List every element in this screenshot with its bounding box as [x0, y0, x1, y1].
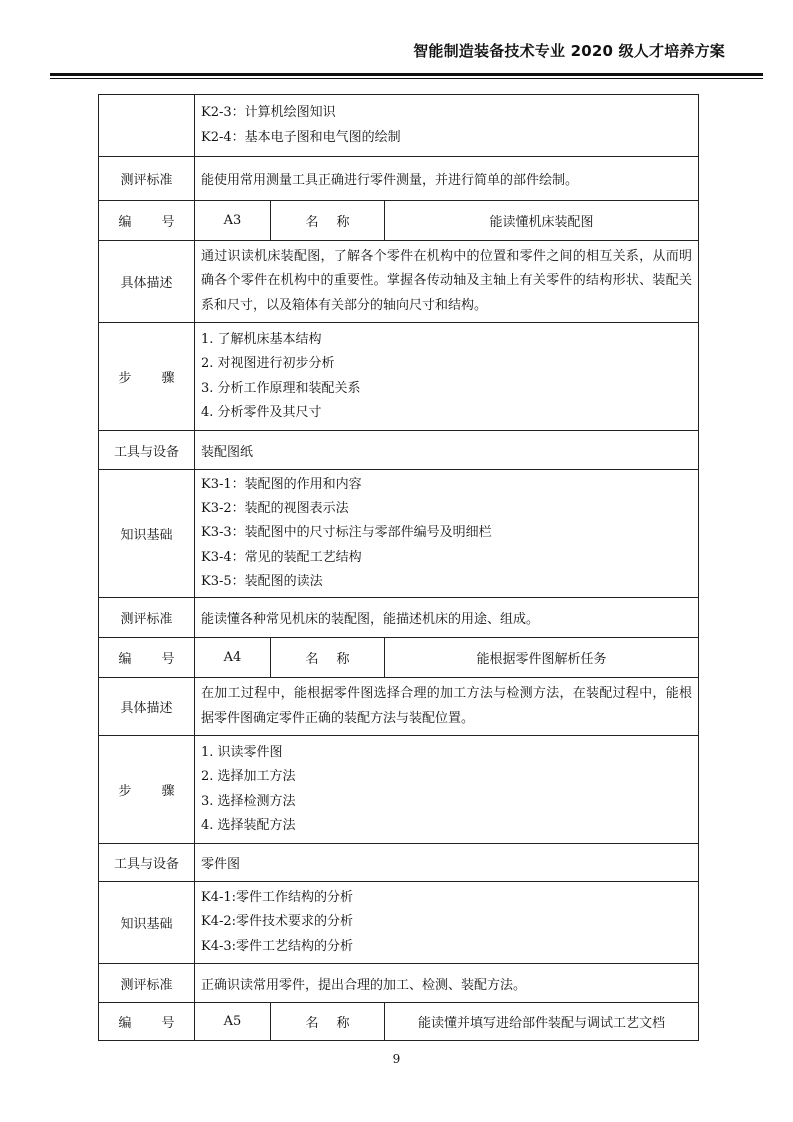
list-item: K4-2:零件技术要求的分析	[201, 910, 692, 934]
tools-text: 装配图纸	[195, 431, 699, 470]
list-item: K3-3：装配图中的尺寸标注与零部件编号及明细栏	[201, 521, 692, 545]
row-label	[99, 95, 195, 157]
table-row-description: 具体描述 在加工过程中，能根据零件图选择合理的加工方法与检测方法，在装配过程中，…	[99, 678, 699, 736]
task-name: 能读懂机床装配图	[385, 201, 699, 241]
steps-list: 1. 了解机床基本结构 2. 对视图进行初步分析 3. 分析工作原理和装配关系 …	[195, 323, 699, 431]
list-item: 1. 了解机床基本结构	[201, 328, 692, 352]
header-rule-thick	[50, 73, 763, 76]
table-row-evaluation: 测评标准 正确识读常用零件，提出合理的加工、检测、装配方法。	[99, 964, 699, 1003]
table-row-tools: 工具与设备 装配图纸	[99, 431, 699, 470]
row-label: 编 号	[99, 1003, 195, 1041]
table-row-knowledge: 知识基础 K4-1:零件工作结构的分析 K4-2:零件技术要求的分析 K4-3:…	[99, 882, 699, 964]
list-item: K4-1:零件工作结构的分析	[201, 886, 692, 910]
task-code: A3	[195, 201, 271, 241]
list-item: K3-4：常见的装配工艺结构	[201, 546, 692, 570]
list-item: K3-2：装配的视图表示法	[201, 497, 692, 521]
task-code: A5	[195, 1003, 271, 1041]
header-rule-thin	[50, 78, 763, 79]
knowledge-list: K4-1:零件工作结构的分析 K4-2:零件技术要求的分析 K4-3:零件工艺结…	[195, 882, 699, 964]
table-row-description: 具体描述 通过识读机床装配图，了解各个零件在机构中的位置和零件之间的相互关系，从…	[99, 241, 699, 323]
row-label: 知识基础	[99, 470, 195, 598]
description-text: 在加工过程中，能根据零件图选择合理的加工方法与检测方法，在装配过程中，能根据零件…	[195, 678, 699, 736]
document-header-title: 智能制造装备技术专业 2020 级人才培养方案	[413, 40, 725, 61]
task-table: K2-3：计算机绘图知识 K2-4：基本电子图和电气图的绘制 测评标准 能使用常…	[98, 94, 699, 1041]
knowledge-list: K2-3：计算机绘图知识 K2-4：基本电子图和电气图的绘制	[195, 95, 699, 157]
list-item: K4-3:零件工艺结构的分析	[201, 935, 692, 959]
row-label: 测评标准	[99, 598, 195, 638]
row-label: 测评标准	[99, 964, 195, 1003]
task-name: 能读懂并填写进给部件装配与调试工艺文档	[385, 1003, 699, 1041]
tools-text: 零件图	[195, 844, 699, 882]
row-label: 工具与设备	[99, 431, 195, 470]
name-label: 名 称	[271, 638, 385, 678]
steps-list: 1. 识读零件图 2. 选择加工方法 3. 选择检测方法 4. 选择装配方法	[195, 736, 699, 844]
table-row-tools: 工具与设备 零件图	[99, 844, 699, 882]
row-label: 测评标准	[99, 157, 195, 201]
list-item: K2-4：基本电子图和电气图的绘制	[201, 126, 692, 150]
list-item: K3-5：装配图的读法	[201, 570, 692, 594]
row-label: 知识基础	[99, 882, 195, 964]
list-item: 2. 对视图进行初步分析	[201, 352, 692, 376]
page-number: 9	[0, 1052, 793, 1066]
evaluation-text: 能使用常用测量工具正确进行零件测量，并进行简单的部件绘制。	[195, 157, 699, 201]
table-row-evaluation: 测评标准 能使用常用测量工具正确进行零件测量，并进行简单的部件绘制。	[99, 157, 699, 201]
row-label: 编 号	[99, 201, 195, 241]
table-row-knowledge: 知识基础 K3-1：装配图的作用和内容 K3-2：装配的视图表示法 K3-3：装…	[99, 470, 699, 598]
row-label: 具体描述	[99, 678, 195, 736]
list-item: 2. 选择加工方法	[201, 765, 692, 789]
row-label: 工具与设备	[99, 844, 195, 882]
row-label: 步 骤	[99, 736, 195, 844]
list-item: 3. 分析工作原理和装配关系	[201, 377, 692, 401]
evaluation-text: 正确识读常用零件，提出合理的加工、检测、装配方法。	[195, 964, 699, 1003]
table-row-task-header: 编 号 A3 名 称 能读懂机床装配图	[99, 201, 699, 241]
knowledge-list: K3-1：装配图的作用和内容 K3-2：装配的视图表示法 K3-3：装配图中的尺…	[195, 470, 699, 598]
row-label: 编 号	[99, 638, 195, 678]
table-row-steps: 步 骤 1. 识读零件图 2. 选择加工方法 3. 选择检测方法 4. 选择装配…	[99, 736, 699, 844]
description-text: 通过识读机床装配图，了解各个零件在机构中的位置和零件之间的相互关系，从而明确各个…	[195, 241, 699, 323]
list-item: K3-1：装配图的作用和内容	[201, 473, 692, 497]
table-row-knowledge-continued: K2-3：计算机绘图知识 K2-4：基本电子图和电气图的绘制	[99, 95, 699, 157]
list-item: K2-3：计算机绘图知识	[201, 101, 692, 125]
evaluation-text: 能读懂各种常见机床的装配图，能描述机床的用途、组成。	[195, 598, 699, 638]
table-row-steps: 步 骤 1. 了解机床基本结构 2. 对视图进行初步分析 3. 分析工作原理和装…	[99, 323, 699, 431]
list-item: 4. 选择装配方法	[201, 814, 692, 838]
name-label: 名 称	[271, 201, 385, 241]
row-label: 步 骤	[99, 323, 195, 431]
task-code: A4	[195, 638, 271, 678]
list-item: 1. 识读零件图	[201, 741, 692, 765]
table-row-task-header: 编 号 A5 名 称 能读懂并填写进给部件装配与调试工艺文档	[99, 1003, 699, 1041]
row-label: 具体描述	[99, 241, 195, 323]
list-item: 3. 选择检测方法	[201, 790, 692, 814]
name-label: 名 称	[271, 1003, 385, 1041]
list-item: 4. 分析零件及其尺寸	[201, 401, 692, 425]
table-row-evaluation: 测评标准 能读懂各种常见机床的装配图，能描述机床的用途、组成。	[99, 598, 699, 638]
table-row-task-header: 编 号 A4 名 称 能根据零件图解析任务	[99, 638, 699, 678]
task-name: 能根据零件图解析任务	[385, 638, 699, 678]
